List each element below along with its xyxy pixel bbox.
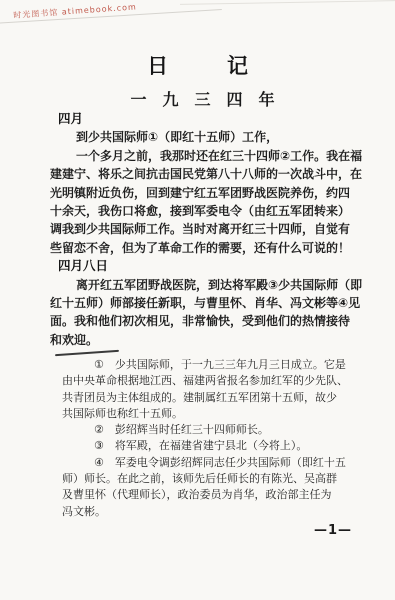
diary-text-line: 四月八日 [58,257,395,275]
footnote-line: 共国际师也称红十五师。 [62,406,395,422]
footnote-line: ① 少共国际师，于一九三三年九月三日成立。它是 [94,357,395,373]
scan-artifact-line [180,0,395,5]
page-title: 日 记 [0,50,395,80]
footnote-divider [55,350,119,356]
footnote-line: 师）师长。在此之前，该师先后任师长的有陈光、吴高群 [62,471,395,487]
footnotes-block: ① 少共国际师，于一九三三年九月三日成立。它是由中央革命根据地江西、福建两省报名… [0,357,395,520]
footnote-line: 由中央革命根据地江西、福建两省报名参加红军的少先队、 [62,373,395,389]
diary-text-line: 和欢迎。 [50,331,395,349]
diary-text-line: 到少共国际师①（即红十五师）工作， [76,128,395,146]
diary-text-line: 调我到少共国际师工作。当时对离开红三十四师，自觉有 [50,220,395,238]
diary-text-line: 建建宁、将乐之间抗击国民党第八十八师的一次战斗中，在 [50,165,395,183]
footnote-line: 冯文彬。 [62,504,395,520]
year-heading: 一九三四年 [0,87,395,110]
diary-text-line: 四月 [58,110,395,128]
diary-text-line: 面。我和他们初次相见，非常愉快，受到他们的热情接待 [50,312,395,330]
footnote-line: ③ 将军殿，在福建省建宁县北（今将上）。 [94,438,395,454]
diary-text-line: 一个多月之前，我那时还在红三十四师②工作。我在福 [76,147,395,165]
footnote-line: 及曹里怀（代理师长），政治委员为肖华，政治部主任为 [62,487,395,503]
diary-text-line: 红十五师）师部接任新职，与曹里怀、肖华、冯文彬等④见 [50,294,395,312]
diary-text-block: 四月到少共国际师①（即红十五师）工作，一个多月之前，我那时还在红三十四师②工作。… [0,110,395,349]
diary-text-line: 光明镇附近负伤，回到建宁红五军团野战医院养伤，约四 [50,184,395,202]
diary-text-line: 离开红五军团野战医院，到达将军殿③少共国际师（即 [76,276,395,294]
page-number: —1— [314,523,352,538]
diary-text-line: 些留恋不舍，但为了革命工作的需要，还有什么可说的！ [50,239,395,257]
diary-text-line: 十余天，我伤口将愈，接到军委电令（由红五军团转来） [50,202,395,220]
footnote-line: 共青团员为主体组成的。建制属红五军团第十五师，故少 [62,390,395,406]
scanned-book-page: 时光图书馆 atimebook.com 日 记 一九三四年 四月到少共国际师①（… [0,0,395,600]
footnote-line: ④ 军委电令调彭绍辉同志任少共国际师（即红十五 [94,455,395,471]
footnote-line: ② 彭绍辉当时任红三十四师师长。 [94,422,395,438]
